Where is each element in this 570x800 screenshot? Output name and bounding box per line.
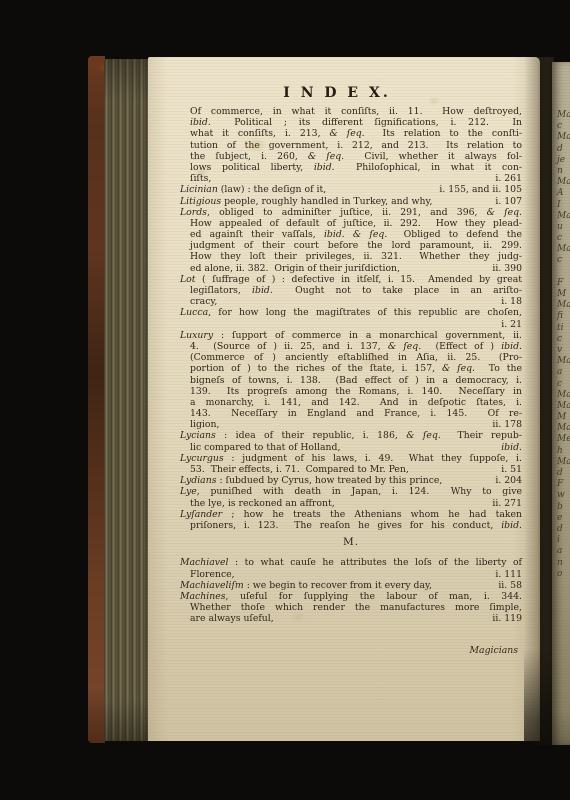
text-line: Machiavel : to what cauſe he attributes … bbox=[180, 557, 522, 568]
sliver-text-fragment: Ma bbox=[557, 244, 570, 255]
page-reference: ii. 58 bbox=[490, 580, 522, 591]
text-line: Lords, obliged to adminiſter juſtice, ii… bbox=[180, 207, 522, 218]
text-line: How they loſt their privileges, ii. 321.… bbox=[180, 251, 522, 262]
text-line: bigneſs of towns, i. 138. (Bad effect of… bbox=[180, 375, 522, 386]
line-text: Licinian (law) : the deſign of it, bbox=[180, 184, 326, 195]
text-line: lows political liberty, ibid. Philoſophi… bbox=[180, 162, 522, 173]
sliver-text-fragment: fi bbox=[557, 311, 570, 322]
page-reference: i. 155, and ii. 105 bbox=[431, 184, 522, 195]
line-text: the ſubject, i. 260, & ſeq. Civil, wheth… bbox=[190, 151, 522, 162]
sliver-text-fragment: je bbox=[557, 155, 570, 166]
sliver-text-fragment: Ma bbox=[557, 457, 570, 468]
line-text: Luxury : ſupport of commerce in a monarc… bbox=[180, 330, 522, 341]
line-text: Machines, uſeful for ſupplying the labou… bbox=[180, 591, 522, 602]
text-line: judgment of their court before the lord … bbox=[180, 240, 522, 251]
text-line: Lycians : idea of their republic, i. 186… bbox=[180, 430, 522, 441]
text-line: ed alone, ii. 382. Origin of their juriſ… bbox=[180, 263, 522, 274]
page-reference: i. 111 bbox=[487, 569, 522, 580]
text-line: Lye, puniſhed with death in Japan, i. 12… bbox=[180, 486, 522, 497]
page-edges-stack bbox=[104, 59, 151, 741]
text-line: ibid. Political ; its different ſignific… bbox=[180, 117, 522, 128]
line-text: ed alone, ii. 382. Origin of their juriſ… bbox=[190, 263, 400, 274]
line-text: Whether thoſe which render the manufactu… bbox=[190, 602, 522, 613]
sliver-text-fragment: e bbox=[557, 513, 570, 524]
line-text: Of commerce, in what it conſiſts, ii. 11… bbox=[190, 106, 522, 117]
sliver-text-fragment: o bbox=[557, 569, 570, 580]
line-text: lows political liberty, ibid. Philoſophi… bbox=[190, 162, 522, 173]
page-reference: i. 107 bbox=[487, 196, 522, 207]
page-reference: i. 51 bbox=[493, 464, 522, 475]
sliver-text-fragment: h bbox=[557, 446, 570, 457]
section-heading: M. bbox=[180, 537, 522, 548]
sliver-text-fragment: M bbox=[557, 412, 570, 423]
next-page-sliver: MacMadjenMaAIMaucMacFMMafiticvMaacMaMaMM… bbox=[552, 62, 570, 745]
line-text: 143. Neceſſary in England and France, i.… bbox=[190, 408, 522, 419]
page-reference: ii. 271 bbox=[484, 498, 522, 509]
line-text: priſoners, i. 123. The reaſon he gives f… bbox=[190, 520, 522, 531]
sliver-text-fragment: Ma bbox=[557, 390, 570, 401]
sliver-text-fragment: d bbox=[557, 524, 570, 535]
line-text: Lye, puniſhed with death in Japan, i. 12… bbox=[180, 486, 522, 497]
book-photo: I N D E X. Of commerce, in what it conſi… bbox=[0, 0, 570, 800]
line-text: ſiſts, bbox=[190, 173, 211, 184]
line-text: Lydians : ſubdued by Cyrus, how treated … bbox=[180, 475, 442, 486]
text-line: 143. Neceſſary in England and France, i.… bbox=[180, 408, 522, 419]
text-line: tution of the government, i. 212, and 21… bbox=[180, 140, 522, 151]
text-line: 53. Their effects, i. 71. Compared to Mr… bbox=[180, 464, 522, 475]
text-line: priſoners, i. 123. The reaſon he gives f… bbox=[180, 520, 522, 531]
text-line: Whether thoſe which render the manufactu… bbox=[180, 602, 522, 613]
book-cover-edge bbox=[88, 56, 105, 743]
text-line: legiſlators, ibid. Ought not to take pla… bbox=[180, 285, 522, 296]
sliver-text-fragment: c bbox=[557, 121, 570, 132]
sliver-text-fragment bbox=[557, 267, 570, 278]
line-text: are always uſeful, bbox=[190, 613, 274, 624]
line-text: what it conſiſts, i. 213, & ſeq. Its rel… bbox=[190, 128, 522, 139]
page-reference: i. 18 bbox=[493, 296, 522, 307]
sliver-text-fragment: d bbox=[557, 468, 570, 479]
line-text: Machiavel : to what cauſe he attributes … bbox=[180, 557, 522, 568]
line-text: 53. Their effects, i. 71. Compared to Mr… bbox=[190, 464, 409, 475]
text-line: cracy,i. 18 bbox=[180, 296, 522, 307]
sliver-text-fragment: Ma bbox=[557, 401, 570, 412]
text-line: Lyſander ; how he treats the Athenians w… bbox=[180, 509, 522, 520]
line-text: Lycurgus : judgment of his laws, i. 49. … bbox=[180, 453, 522, 464]
line-text: Lords, obliged to adminiſter juſtice, ii… bbox=[180, 207, 522, 218]
line-text: the lye, is reckoned an affront, bbox=[190, 498, 335, 509]
sliver-text-fragment: a bbox=[557, 546, 570, 557]
sliver-text-fragment: a bbox=[557, 367, 570, 378]
text-line: Florence,i. 111 bbox=[180, 569, 522, 580]
sliver-text-fragment: b bbox=[557, 502, 570, 513]
text-line: i. 21 bbox=[180, 319, 522, 330]
text-line: Lot ( ſuffrage of ) : defective in itſel… bbox=[180, 274, 522, 285]
text-line: are always uſeful,ii. 119 bbox=[180, 613, 522, 624]
line-text: portion of ) to the riches of the ſtate,… bbox=[190, 363, 522, 374]
line-text: tution of the government, i. 212, and 21… bbox=[190, 140, 522, 151]
text-line: Licinian (law) : the deſign of it,i. 155… bbox=[180, 184, 522, 195]
sliver-text-fragment: i bbox=[557, 535, 570, 546]
text-line: Lucca, for how long the magiſtrates of t… bbox=[180, 307, 522, 318]
line-text: Lyſander ; how he treats the Athenians w… bbox=[180, 509, 522, 520]
line-text: 139. Its progreſs among the Romans, i. 1… bbox=[190, 386, 522, 397]
text-line: the ſubject, i. 260, & ſeq. Civil, wheth… bbox=[180, 151, 522, 162]
sliver-text-fragment: w bbox=[557, 490, 570, 501]
line-text: (Commerce of ) anciently eſtabliſhed in … bbox=[190, 352, 522, 363]
page-reference: ibid. bbox=[493, 442, 522, 453]
sliver-text-fragment: F bbox=[557, 479, 570, 490]
text-line: the lye, is reckoned an affront,ii. 271 bbox=[180, 498, 522, 509]
line-text: bigneſs of towns, i. 138. (Bad effect of… bbox=[190, 375, 522, 386]
sliver-text-fragment: M bbox=[557, 289, 570, 300]
sliver-text-fragment: u bbox=[557, 222, 570, 233]
line-text: ed againſt their vaſſals, ibid. & ſeq. O… bbox=[190, 229, 522, 240]
line-text: ligion, bbox=[190, 419, 219, 430]
page-title: I N D E X. bbox=[148, 85, 526, 101]
sliver-text-fragment: d bbox=[557, 144, 570, 155]
text-line: Machiaveliſm : we begin to recover from … bbox=[180, 580, 522, 591]
sliver-text-fragment: Ma bbox=[557, 423, 570, 434]
text-line: Litigious people, roughly handled in Tur… bbox=[180, 196, 522, 207]
sliver-text-fragment: Ma bbox=[557, 211, 570, 222]
text-line: (Commerce of ) anciently eſtabliſhed in … bbox=[180, 352, 522, 363]
sliver-text-fragment: Ma bbox=[557, 356, 570, 367]
text-line: ſiſts,i. 261 bbox=[180, 173, 522, 184]
line-text: ibid. Political ; its different ſignific… bbox=[190, 117, 522, 128]
line-text: Lycians : idea of their republic, i. 186… bbox=[180, 430, 522, 441]
text-line: Of commerce, in what it conſiſts, ii. 11… bbox=[180, 106, 522, 117]
page-reference: ii. 390 bbox=[484, 263, 522, 274]
text-line: 4. (Source of ) ii. 25, and i. 137, & ſe… bbox=[180, 341, 522, 352]
text-line: portion of ) to the riches of the ſtate,… bbox=[180, 363, 522, 374]
sliver-text-fragment: Ma bbox=[557, 132, 570, 143]
sliver-text-fragment: Ma bbox=[557, 300, 570, 311]
line-text: cracy, bbox=[190, 296, 217, 307]
line-text: judgment of their court before the lord … bbox=[190, 240, 522, 251]
sliver-text-fragment: A bbox=[557, 188, 570, 199]
sliver-text-fragment: Ma bbox=[557, 110, 570, 121]
line-text: Lucca, for how long the magiſtrates of t… bbox=[180, 307, 522, 318]
text-line: lic compared to that of Holland,ibid. bbox=[180, 442, 522, 453]
text-line: what it conſiſts, i. 213, & ſeq. Its rel… bbox=[180, 128, 522, 139]
text-line: ligion,ii. 178 bbox=[180, 419, 522, 430]
line-text: Machiaveliſm : we begin to recover from … bbox=[180, 580, 432, 591]
line-text: Lot ( ſuffrage of ) : defective in itſel… bbox=[180, 274, 522, 285]
book-page: I N D E X. Of commerce, in what it conſi… bbox=[148, 57, 540, 741]
page-reference: ii. 178 bbox=[484, 419, 522, 430]
sliver-text-fragment: c bbox=[557, 255, 570, 266]
text-line: Machines, uſeful for ſupplying the labou… bbox=[180, 591, 522, 602]
text-line: Lycurgus : judgment of his laws, i. 49. … bbox=[180, 453, 522, 464]
gutter-shadow bbox=[524, 57, 554, 745]
sliver-text-fragment: ti bbox=[557, 323, 570, 334]
text-line: ed againſt their vaſſals, ibid. & ſeq. O… bbox=[180, 229, 522, 240]
sliver-text-fragment: c bbox=[557, 334, 570, 345]
page-reference: i. 21 bbox=[493, 319, 522, 330]
line-text: legiſlators, ibid. Ought not to take pla… bbox=[190, 285, 522, 296]
sliver-text-fragment: n bbox=[557, 166, 570, 177]
text-line: a monarchy, i. 141, and 142. And in deſp… bbox=[180, 397, 522, 408]
line-text: a monarchy, i. 141, and 142. And in deſp… bbox=[190, 397, 522, 408]
line-text: 4. (Source of ) ii. 25, and i. 137, & ſe… bbox=[190, 341, 522, 352]
sliver-text-fragment: v bbox=[557, 345, 570, 356]
text-line: Luxury : ſupport of commerce in a monarc… bbox=[180, 330, 522, 341]
text-line: 139. Its progreſs among the Romans, i. 1… bbox=[180, 386, 522, 397]
sliver-text-fragment: n bbox=[557, 558, 570, 569]
sliver-text-fragment: I bbox=[557, 200, 570, 211]
sliver-text-fragment: c bbox=[557, 379, 570, 390]
text-line: How appealed of default of juſtice, ii. … bbox=[180, 218, 522, 229]
page-reference: ii. 119 bbox=[484, 613, 522, 624]
catchword: Magicians bbox=[470, 645, 518, 656]
sliver-text-column: MacMadjenMaAIMaucMacFMMafiticvMaacMaMaMM… bbox=[557, 110, 570, 580]
line-text: Litigious people, roughly handled in Tur… bbox=[180, 196, 432, 207]
index-text-block: Of commerce, in what it conſiſts, ii. 11… bbox=[180, 106, 522, 624]
sliver-text-fragment: Me bbox=[557, 434, 570, 445]
line-text: How appealed of default of juſtice, ii. … bbox=[190, 218, 522, 229]
sliver-text-fragment: Ma bbox=[557, 177, 570, 188]
sliver-text-fragment: c bbox=[557, 233, 570, 244]
text-line: Lydians : ſubdued by Cyrus, how treated … bbox=[180, 475, 522, 486]
page-reference: i. 261 bbox=[487, 173, 522, 184]
page-reference: i. 204 bbox=[487, 475, 522, 486]
line-text: lic compared to that of Holland, bbox=[190, 442, 340, 453]
line-text: How they loſt their privileges, ii. 321.… bbox=[190, 251, 522, 262]
sliver-text-fragment: F bbox=[557, 278, 570, 289]
line-text: Florence, bbox=[190, 569, 235, 580]
